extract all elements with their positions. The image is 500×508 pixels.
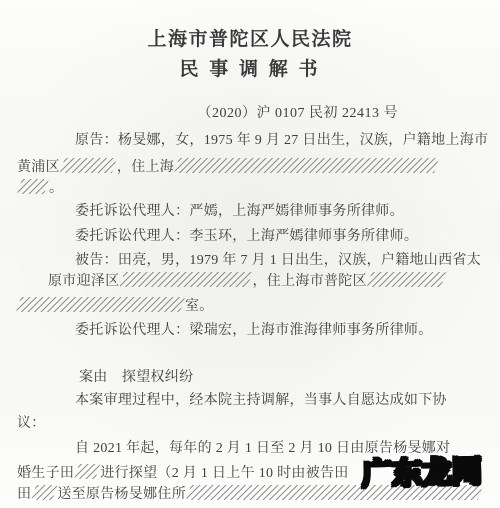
body-text: 议： bbox=[17, 416, 46, 431]
redacted-text bbox=[16, 297, 185, 312]
site-watermark: 广东龙网 bbox=[362, 456, 483, 491]
body-text: 婚生子田 bbox=[17, 466, 74, 481]
body-text: 本案审理过程中，经本院主持调解，当事人自愿达成如下协 bbox=[75, 393, 447, 408]
redacted-text bbox=[174, 158, 439, 173]
redacted-text bbox=[60, 158, 117, 173]
plaintiff-address-line: 黄浦区，住上海 bbox=[0, 158, 500, 178]
court-name: 上海市普陀区人民法院 bbox=[0, 24, 500, 51]
body-text: 委托诉讼代理人：李玉环，上海严嫣律师事务所律师。 bbox=[75, 229, 418, 244]
cause-of-action-line: 案由 探望权纠纷 bbox=[0, 368, 500, 388]
body-text: 。 bbox=[49, 181, 63, 196]
plaintiff-agent-line-1: 委托诉讼代理人：严嫣，上海严嫣律师事务所律师。 bbox=[0, 202, 500, 222]
body-text: ，住上海市普陀区 bbox=[253, 274, 367, 289]
body-text: 送至原告杨旻娜住所 bbox=[57, 487, 186, 502]
plaintiff-line: 原告：杨旻娜，女，1975 年 9 月 27 日出生，汉族，户籍地上海市 bbox=[0, 131, 500, 151]
body-text: 自 2021 年起，每年的 2 月 1 日至 2 月 10 日由原告杨旻娜对 bbox=[75, 441, 450, 456]
body-text: 黄浦区 bbox=[17, 160, 60, 175]
body-text: 田 bbox=[17, 487, 31, 502]
defendant-address-line-2: 室。 bbox=[0, 297, 500, 317]
redacted-text bbox=[74, 464, 100, 479]
redacted-text bbox=[31, 485, 57, 500]
body-text: ，住上海 bbox=[117, 160, 174, 175]
mediation-document-page: 上海市普陀区人民法院 民 事 调 解 书 （2020）沪 0107 民初 224… bbox=[0, 0, 500, 508]
body-text: 案由 探望权纠纷 bbox=[79, 370, 193, 385]
defendant-agent-line: 委托诉讼代理人：梁瑞宏，上海市淮海律师事务所律师。 bbox=[0, 321, 500, 341]
defendant-address-line: 原市迎泽区，住上海市普陀区 bbox=[0, 272, 500, 292]
body-text: 原告：杨旻娜，女，1975 年 9 月 27 日出生，汉族，户籍地上海市 bbox=[75, 133, 488, 148]
body-text: 被告：田亮，男，1979 年 7 月 1 日出生，汉族，户籍地山西省太 bbox=[75, 253, 481, 268]
plaintiff-address-line-2: 。 bbox=[0, 179, 500, 199]
body-text: 原市迎泽区 bbox=[48, 274, 120, 289]
redacted-text bbox=[367, 272, 446, 287]
body-text: 委托诉讼代理人：梁瑞宏，上海市淮海律师事务所律师。 bbox=[75, 323, 433, 338]
document-title: 民 事 调 解 书 bbox=[0, 54, 500, 81]
body-text: 室。 bbox=[185, 299, 214, 314]
body-text: 进行探望（2 月 1 日上午 10 时由被告田 bbox=[100, 466, 348, 481]
body-text: 委托诉讼代理人：严嫣，上海严嫣律师事务所律师。 bbox=[75, 204, 404, 219]
plaintiff-agent-line-2: 委托诉讼代理人：李玉环，上海严嫣律师事务所律师。 bbox=[0, 227, 500, 247]
case-number: （2020）沪 0107 民初 22413 号 bbox=[0, 102, 398, 122]
redacted-text bbox=[120, 272, 253, 287]
mediation-intro-line-2: 议： bbox=[0, 414, 500, 434]
mediation-intro-line: 本案审理过程中，经本院主持调解，当事人自愿达成如下协 bbox=[0, 391, 500, 411]
defendant-line: 被告：田亮，男，1979 年 7 月 1 日出生，汉族，户籍地山西省太 bbox=[0, 251, 500, 271]
redacted-text bbox=[17, 179, 49, 194]
